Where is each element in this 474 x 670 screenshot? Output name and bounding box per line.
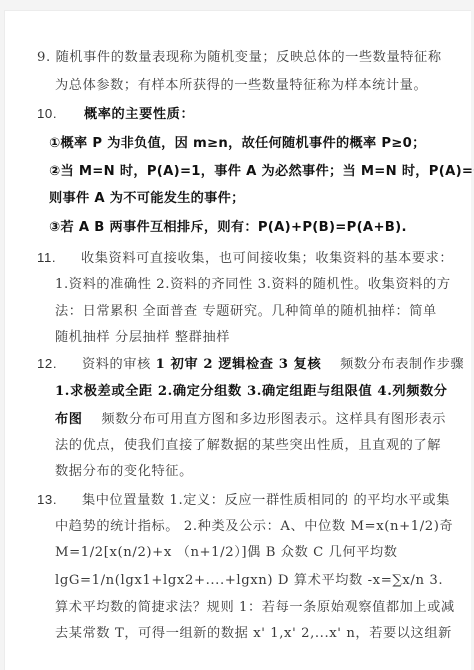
- section-12-line-3: 布图 频数分布可用直方图和多边形图表示。这样具有图形表示: [55, 411, 446, 429]
- section-13-text: 集中位置量数 1.定义：反应一群性质相同的 的平均水平或集: [82, 493, 450, 508]
- section-12-freq-table-label: 频数分布表制作步骤: [340, 357, 464, 372]
- section-11-text: 收集资料可直接收集，也可间接收集；收集资料的基本要求：: [81, 251, 453, 266]
- section-10-number: 10.: [37, 106, 57, 121]
- section-11-line-3: 法：日常累积 全面普查 专题研究。几种简单的随机抽样：简单: [55, 303, 437, 321]
- section-9-line-2: 为总体参数；有样本所获得的一些数量特征称为样本统计量。: [55, 77, 427, 95]
- section-10-heading: 10. 概率的主要性质：: [37, 105, 194, 124]
- section-12-review-label: 资料的审核: [82, 357, 151, 372]
- section-13-line-1: 13. 集中位置量数 1.定义：反应一群性质相同的 的平均水平或集: [37, 491, 450, 510]
- section-10-item-3: ③若 A B 两事件互相排斥，则有：P(A)+P(B)=P(A+B).: [49, 219, 407, 237]
- section-13-line-2: 中趋势的统计指标。 2.种类及公示：A、中位数 M=x(n+1/2)奇: [55, 518, 453, 536]
- section-13-line-3: M=1/2[x(n/2)+x （n+1/2）]偶 B 众数 C 几何平均数: [55, 544, 398, 562]
- section-12-chart-text: 频数分布可用直方图和多边形图表示。这样具有图形表示: [101, 412, 446, 427]
- section-13-line-6: 去某常数 T，可得一组新的数据 x' 1,x' 2,...x' n，若要以这组新: [55, 625, 452, 643]
- section-9-line-1: 9. 随机事件的数量表现称为随机变量；反映总体的一些数量特征称: [37, 49, 442, 67]
- section-13-line-5: 算术平均数的简捷求法？规则 1：若每一条原始观察值都加上或减: [55, 599, 455, 617]
- section-11-line-1: 11. 收集资料可直接收集，也可间接收集；收集资料的基本要求：: [37, 249, 453, 268]
- section-10-item-1: ①概率 P 为非负值，因 m≥n，故任何随机事件的概率 P≥0；: [49, 135, 426, 153]
- section-10-item-2-line-1: ②当 M=N 时，P(A)=1，事件 A 为必然事件；当 M=N 时，P(A)=…: [49, 163, 474, 181]
- section-11-line-2: 1.资料的准确性 2.资料的齐同性 3.资料的随机性。收集资料的方: [55, 276, 451, 294]
- section-12-line-5: 数据分布的变化特征。: [55, 463, 193, 481]
- section-12-number: 12.: [37, 356, 57, 371]
- section-12-line-2: 1.求极差或全距 2.确定分组数 3.确定组距与组限值 4.列频数分: [55, 383, 448, 401]
- section-12-line-4: 法的优点，使我们直接了解数据的某些突出性质，且直观的了解: [55, 437, 441, 455]
- section-12-review-steps: 1 初审 2 逻辑检查 3 复核: [156, 357, 322, 372]
- section-11-line-4: 随机抽样 分层抽样 整群抽样: [55, 329, 230, 347]
- section-10-title: 概率的主要性质：: [84, 107, 194, 122]
- section-12-line-1: 12. 资料的审核 1 初审 2 逻辑检查 3 复核 频数分布表制作步骤: [37, 355, 464, 374]
- section-10-item-2-line-2: 则事件 A 为不可能发生的事件；: [49, 190, 245, 208]
- document-page: 9. 随机事件的数量表现称为随机变量；反映总体的一些数量特征称 为总体参数；有样…: [4, 10, 471, 670]
- section-13-line-4: lgG=1/n(lgx1+lgx2+....+lgxn) D 算术平均数 -x=…: [55, 572, 443, 590]
- section-12-chart-label: 布图: [55, 412, 83, 427]
- section-13-number: 13.: [37, 492, 57, 507]
- section-11-number: 11.: [37, 250, 56, 265]
